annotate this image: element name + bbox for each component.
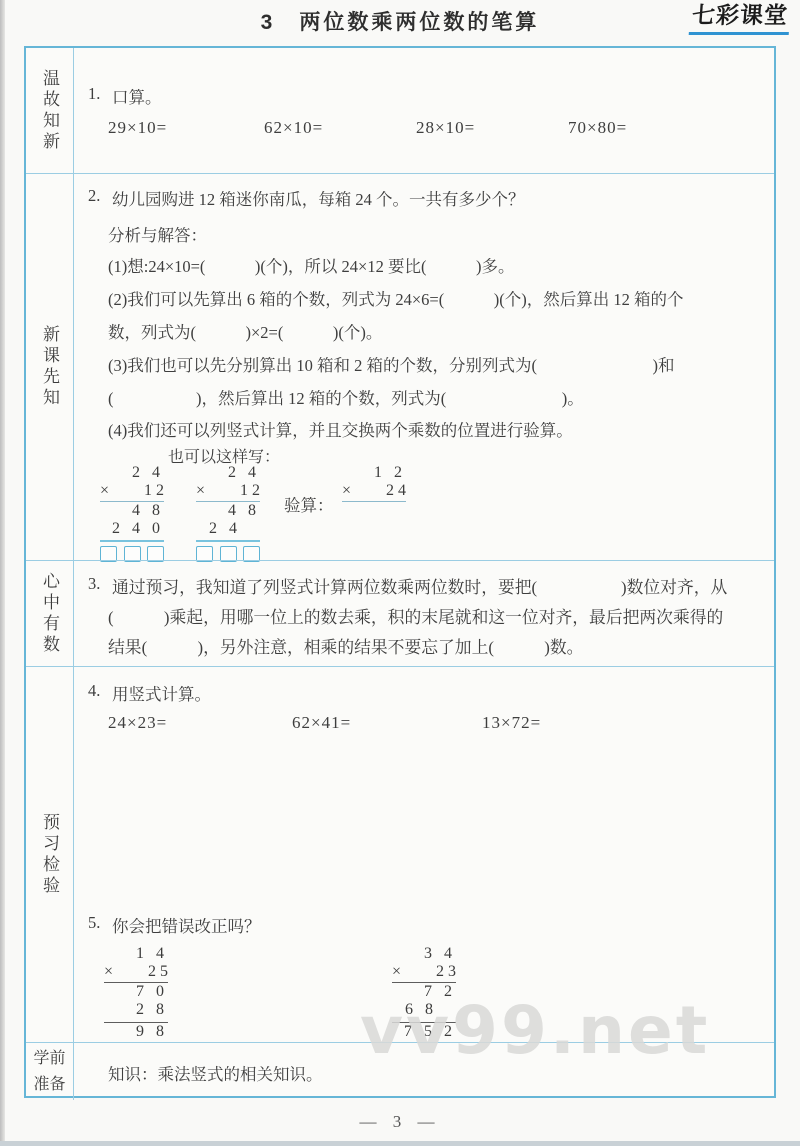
vertical-calc-check: 1 2 ×2 4 [342, 464, 406, 502]
multiply-icon: × [100, 482, 109, 500]
calc-multiplicand: 3 4 [392, 945, 456, 963]
calc-multiplier: 1 2 [240, 482, 260, 500]
watermark: vv99.net [360, 992, 710, 1069]
section-label-newlesson: 新课先知 [37, 325, 62, 409]
fill-blank-line: 数，列式为( )×2=( )(个)。 [108, 319, 382, 343]
vertical-calc-error-1: 1 4 ×2 5 7 0 2 8 9 8 [104, 945, 168, 1041]
calc-multiplier: 2 4 [386, 482, 406, 500]
worksheet-table: 温故知新 1. 口算。 29×10= 62×10= 28×10= 70×80= … [24, 46, 776, 1098]
problem-title: 你会把错误改正吗？ [112, 913, 261, 937]
problem-title: 幼儿园购进 12 箱迷你南瓜，每箱 24 个。一共有多少个？ [112, 186, 525, 210]
problem-title: 用竖式计算。 [112, 681, 211, 705]
oral-calc-item: 70×80= [568, 118, 627, 138]
prep-knowledge-text: 知识：乘法竖式的相关知识。 [108, 1061, 323, 1085]
calc-problem: 13×72= [482, 713, 541, 733]
calc-multiplier: 2 5 [148, 963, 168, 981]
section-label-review: 温故知新 [37, 69, 62, 153]
section-newlesson-row: 新课先知 2. 幼儿园购进 12 箱迷你南瓜，每箱 24 个。一共有多少个？ 分… [26, 173, 774, 560]
check-label: 验算： [284, 492, 334, 516]
section-label-preview-check: 预习检验 [37, 813, 62, 897]
page-edge-shadow [0, 0, 5, 1146]
problem-number: 4. [88, 681, 100, 701]
analysis-label: 分析与解答： [108, 222, 207, 246]
oral-calc-item: 28×10= [416, 118, 475, 138]
page-title: 3 两位数乘两位数的笔算 [0, 6, 800, 36]
problem-number: 2. [88, 186, 100, 206]
calc-problem: 24×23= [108, 713, 167, 733]
problem-title: 口算。 [112, 84, 162, 108]
worksheet-page: 3 两位数乘两位数的笔算 七彩课堂 温故知新 1. 口算。 29×10= 62×… [0, 0, 800, 1146]
brand-logo: 七彩课堂 [689, 0, 792, 35]
fill-blank-line: ( )，然后算出 12 箱的个数，列式为( )。 [108, 385, 584, 409]
problem-number: 3. [88, 574, 100, 594]
section-preview-check-row: 预习检验 4. 用竖式计算。 24×23= 62×41= 13×72= 5. 你… [26, 666, 774, 1042]
fill-blank-line: (4)我们还可以列竖式计算，并且交换两个乘数的位置进行验算。 [108, 417, 573, 441]
fill-blank-line: 通过预习，我知道了列竖式计算两位数乘两位数时，要把( )数位对齐，从 [112, 574, 727, 598]
multiply-icon: × [392, 963, 401, 981]
problem-number: 5. [88, 913, 100, 933]
calc-multiplicand: 1 2 [342, 464, 406, 482]
section-label-prep: 学前 准备 [33, 1046, 65, 1098]
calc-partial-2: 2 4 [196, 520, 260, 542]
page-bottom-edge [0, 1141, 800, 1146]
section-label-mindful: 心中有数 [37, 572, 62, 656]
calc-result: 9 8 [104, 1023, 168, 1041]
calc-partial-2: 2 4 0 [100, 520, 164, 542]
calc-multiplicand: 2 4 [196, 464, 260, 482]
calc-multiplicand: 1 4 [104, 945, 168, 963]
fill-blank-line: ( )乘起，用哪一位上的数去乘，积的末尾就和这一位对齐，最后把两次乘得的 [108, 604, 723, 628]
oral-calc-item: 29×10= [108, 118, 167, 138]
fill-blank-line: (2)我们可以先算出 6 箱的个数，列式为 24×6=( )(个)，然后算出 1… [108, 286, 683, 310]
multiply-icon: × [196, 482, 205, 500]
calc-partial-1: 4 8 [196, 502, 260, 520]
calc-multiplier: 2 3 [436, 963, 456, 981]
page-number: — 3 — [0, 1112, 800, 1132]
section-review-row: 温故知新 1. 口算。 29×10= 62×10= 28×10= 70×80= [26, 48, 774, 173]
calc-partial-1: 7 0 [104, 983, 168, 1001]
multiply-icon: × [342, 482, 351, 500]
fill-blank-line: (1)想:24×10=( )(个)，所以 24×12 要比( )多。 [108, 253, 514, 277]
fill-blank-line: (3)我们也可以先分别算出 10 箱和 2 箱的个数，分别列式为( )和 [108, 352, 674, 376]
calc-partial-1: 4 8 [100, 502, 164, 520]
calc-multiplier: 1 2 [144, 482, 164, 500]
calc-multiplicand: 2 4 [100, 464, 164, 482]
vertical-calc-a: 2 4 ×1 2 4 8 2 4 0 [100, 464, 164, 562]
calc-problem: 62×41= [292, 713, 351, 733]
fill-blank-line: 结果( )，另外注意，相乘的结果不要忘了加上( )数。 [108, 634, 583, 658]
oral-calc-item: 62×10= [264, 118, 323, 138]
problem-number: 1. [88, 84, 100, 104]
multiply-icon: × [104, 963, 113, 981]
calc-partial-2: 2 8 [104, 1001, 168, 1023]
section-mindful-row: 心中有数 3. 通过预习，我知道了列竖式计算两位数乘两位数时，要把( )数位对齐… [26, 560, 774, 666]
vertical-calc-b: 2 4 ×1 2 4 8 2 4 [196, 464, 260, 562]
